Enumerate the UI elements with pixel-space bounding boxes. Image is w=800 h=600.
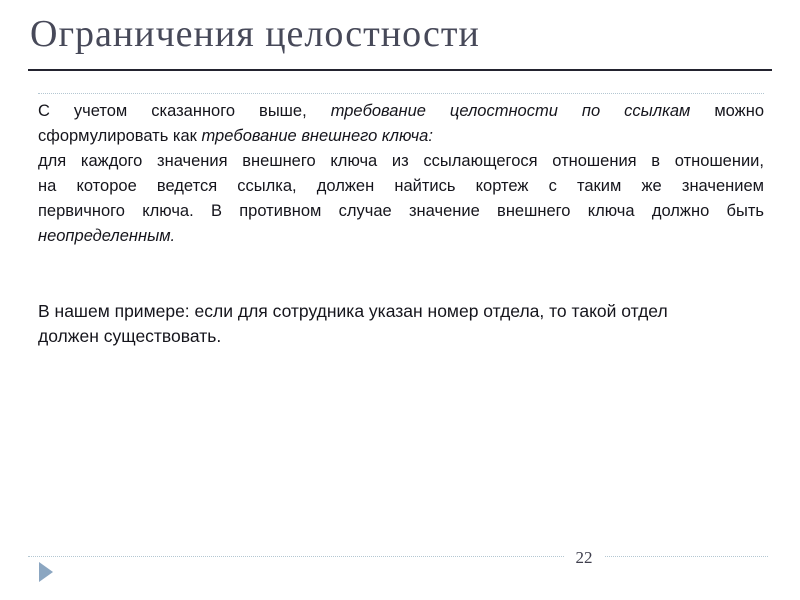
body-text: должен существовать. [38,326,221,346]
body-line: для каждого значения внешнего ключа из с… [38,149,764,174]
body-line: первичного ключа. В противном случае зна… [38,199,764,224]
body-line: неопределенным. [38,224,764,249]
body-text-italic: требование целостности по ссылкам [331,102,691,120]
page-title: Ограничения целостности [30,12,770,56]
body-line: на которое ведется ссылка, должен найтис… [38,174,764,199]
body-text: сформулировать как [38,127,202,145]
body-text: для каждого значения внешнего ключа из с… [38,152,764,170]
nav-triangle-icon [39,562,53,582]
body-line: сформулировать как требование внешнего к… [38,124,764,149]
body-text: можно [690,102,764,120]
body-text: на которое ведется ссылка, должен найтис… [38,177,764,195]
body-line: должен существовать. [38,324,764,349]
body-text-italic: неопределенным. [38,227,175,245]
body-line: С учетом сказанного выше, требование цел… [38,99,764,124]
paragraph-example: В нашем примере: если для сотрудника ука… [38,299,764,349]
page-number: 22 [564,547,604,568]
body-text: С учетом сказанного выше, [38,102,331,120]
body-text: В нашем примере: если для сотрудника ука… [38,301,668,321]
paragraph-definition: С учетом сказанного выше, требование цел… [38,99,764,249]
body-text-italic: требование внешнего ключа: [202,127,433,145]
title-underline-rule [28,69,772,71]
footer-dotted-rule [28,556,768,557]
body-text: первичного ключа. В противном случае зна… [38,202,764,220]
slide: Ограничения целостности С учетом сказанн… [0,0,800,600]
body-line: В нашем примере: если для сотрудника ука… [38,299,764,324]
content-placeholder: С учетом сказанного выше, требование цел… [38,93,764,349]
